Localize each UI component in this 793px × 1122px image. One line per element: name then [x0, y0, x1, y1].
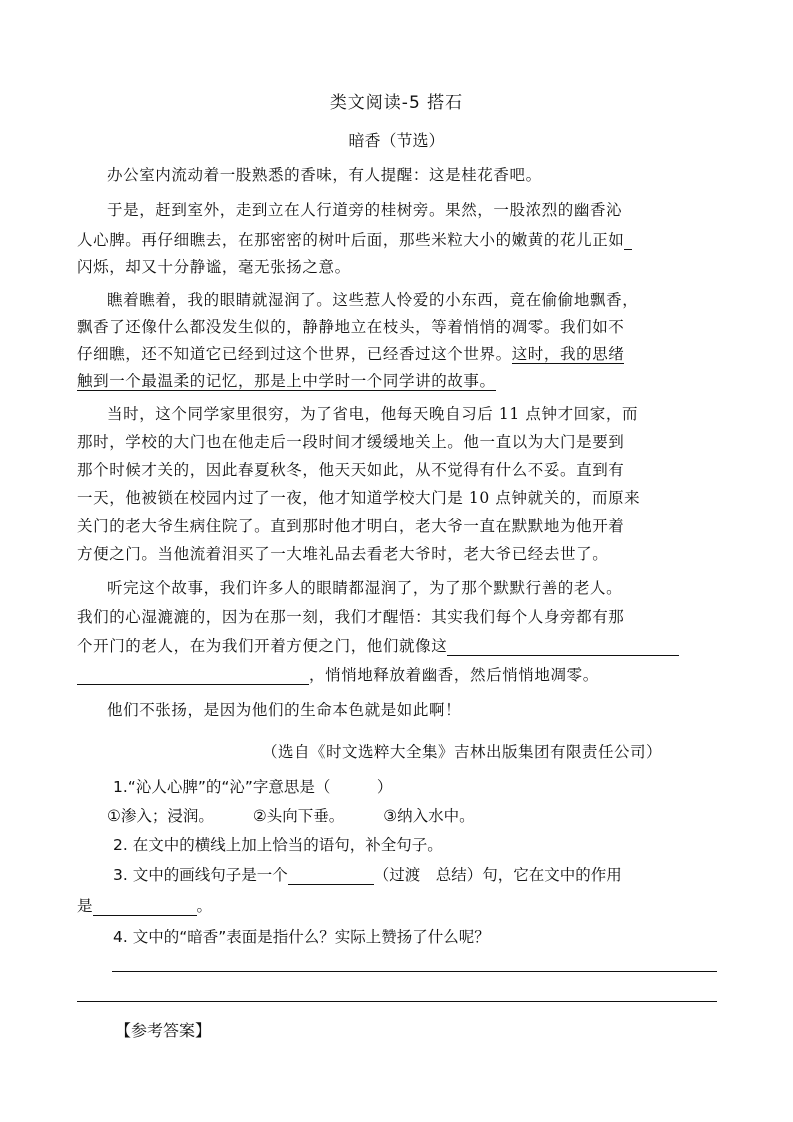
answer-heading: 【参考答案】 [115, 1018, 211, 1041]
passage-line: 闪烁，却又十分静谧，毫无张扬之意。 [77, 257, 717, 277]
passage-line: 个开门的老人，在为我们开着方便之门，他们就像这 [77, 636, 717, 656]
question-3-text: 3. 文中的画线句子是一个 [113, 866, 288, 884]
fill-in-blank[interactable] [93, 899, 197, 916]
question-3-text: （过渡 总结）句，它在文中的作用 [374, 866, 622, 884]
option-2[interactable]: ②头向下垂。 [253, 806, 344, 826]
passage-text: 仔细瞧，还不知道它已经到过这个世界，已经香过这个世界。 [77, 345, 512, 363]
passage-line: 那时，学校的大门也在他走后一段时间才缓缓地关上。他一直以为大门是要到 [77, 432, 717, 452]
answer-line[interactable] [77, 1001, 717, 1002]
passage-line: 一天，他被锁在校园内过了一夜，他才知道学校大门是 10 点钟就关的，而原来 [77, 488, 717, 508]
passage-line: 我们的心湿漉漉的，因为在那一刻，我们才醒悟：其实我们每个人身旁都有那 [77, 607, 717, 627]
worksheet-page: 类文阅读-5 搭石 暗香（节选） 办公室内流动着一股熟悉的香味，有人提醒：这是桂… [0, 0, 793, 1122]
answer-line[interactable] [112, 971, 717, 972]
underlined-sentence: 触到一个最温柔的记忆，那是上中学时一个同学讲的故事。 [77, 372, 496, 391]
source-citation: （选自《时文选粹大全集》吉林出版集团有限责任公司） [262, 740, 662, 762]
passage-title: 暗香（节选） [0, 128, 793, 151]
fill-in-blank[interactable] [288, 868, 374, 885]
passage-line: 当时，这个同学家里很穷，为了省电，他每天晚自习后 11 点钟才回家，而 [107, 404, 747, 424]
question-2: 2. 在文中的横线上加上恰当的语句，补全句子。 [113, 835, 443, 855]
question-3-continued: 是。 [77, 896, 212, 916]
question-3-text: 是 [77, 897, 93, 915]
question-1-options: ①渗入；浸润。 ②头向下垂。 ③纳入水中。 [107, 806, 509, 826]
fill-in-blank[interactable] [77, 668, 309, 685]
passage-line: 那个时候才关的，因此春夏秋冬，他天天如此，从不觉得有什么不妥。直到有 [77, 460, 717, 480]
passage-line: 听完这个故事，我们许多人的眼睛都湿润了，为了那个默默行善的老人。 [107, 578, 747, 598]
passage-line: 飘香了还像什么都没发生似的，静静地立在枝头，等着悄悄的凋零。我们如不 [77, 317, 717, 337]
underlined-sentence: 这时，我的思绪 [512, 345, 625, 364]
passage-line: 他们不张扬，是因为他们的生命本色就是如此啊！ [107, 700, 747, 720]
passage-line: 关门的老大爷生病住院了。直到那时他才明白，老大爷一直在默默地为他开着 [77, 516, 717, 536]
option-1[interactable]: ①渗入；浸润。 [107, 806, 214, 826]
passage-text: ，悄悄地释放着幽香，然后悄悄地凋零。 [309, 666, 599, 684]
option-3[interactable]: ③纳入水中。 [383, 806, 474, 826]
passage-line: ，悄悄地释放着幽香，然后悄悄地凋零。 [77, 665, 717, 685]
passage-line: 瞧着瞧着，我的眼睛就湿润了。这些惹人怜爱的小东西，竟在偷偷地飘香， [107, 290, 747, 310]
passage-line: 仔细瞧，还不知道它已经到过这个世界，已经香过这个世界。这时，我的思绪 [77, 344, 717, 364]
question-3-text: 。 [197, 897, 213, 915]
question-1: 1.“沁人心脾”的“沁”字意思是（ ） [113, 777, 392, 797]
passage-text: 个开门的老人，在为我们开着方便之门，他们就像这 [77, 637, 447, 655]
question-3: 3. 文中的画线句子是一个（过渡 总结）句，它在文中的作用 [113, 865, 622, 885]
question-4: 4. 文中的“暗香”表面是指什么？实际上赞扬了什么呢？ [113, 927, 490, 947]
blank-line[interactable] [624, 233, 632, 250]
page-title: 类文阅读-5 搭石 [0, 88, 793, 113]
passage-text: 人心脾。再仔细瞧去，在那密密的树叶后面，那些米粒大小的嫩黄的花儿正如 [77, 231, 624, 249]
passage-line: 方便之门。当他流着泪买了一大堆礼品去看老大爷时，老大爷已经去世了。 [77, 544, 717, 564]
passage-line: 于是，赶到室外，走到立在人行道旁的桂树旁。果然，一股浓烈的幽香沁 [107, 200, 747, 220]
fill-in-blank[interactable] [447, 639, 679, 656]
passage-line: 触到一个最温柔的记忆，那是上中学时一个同学讲的故事。 [77, 371, 717, 391]
passage-line: 人心脾。再仔细瞧去，在那密密的树叶后面，那些米粒大小的嫩黄的花儿正如 [77, 230, 717, 250]
passage-line: 办公室内流动着一股熟悉的香味，有人提醒：这是桂花香吧。 [107, 165, 747, 185]
